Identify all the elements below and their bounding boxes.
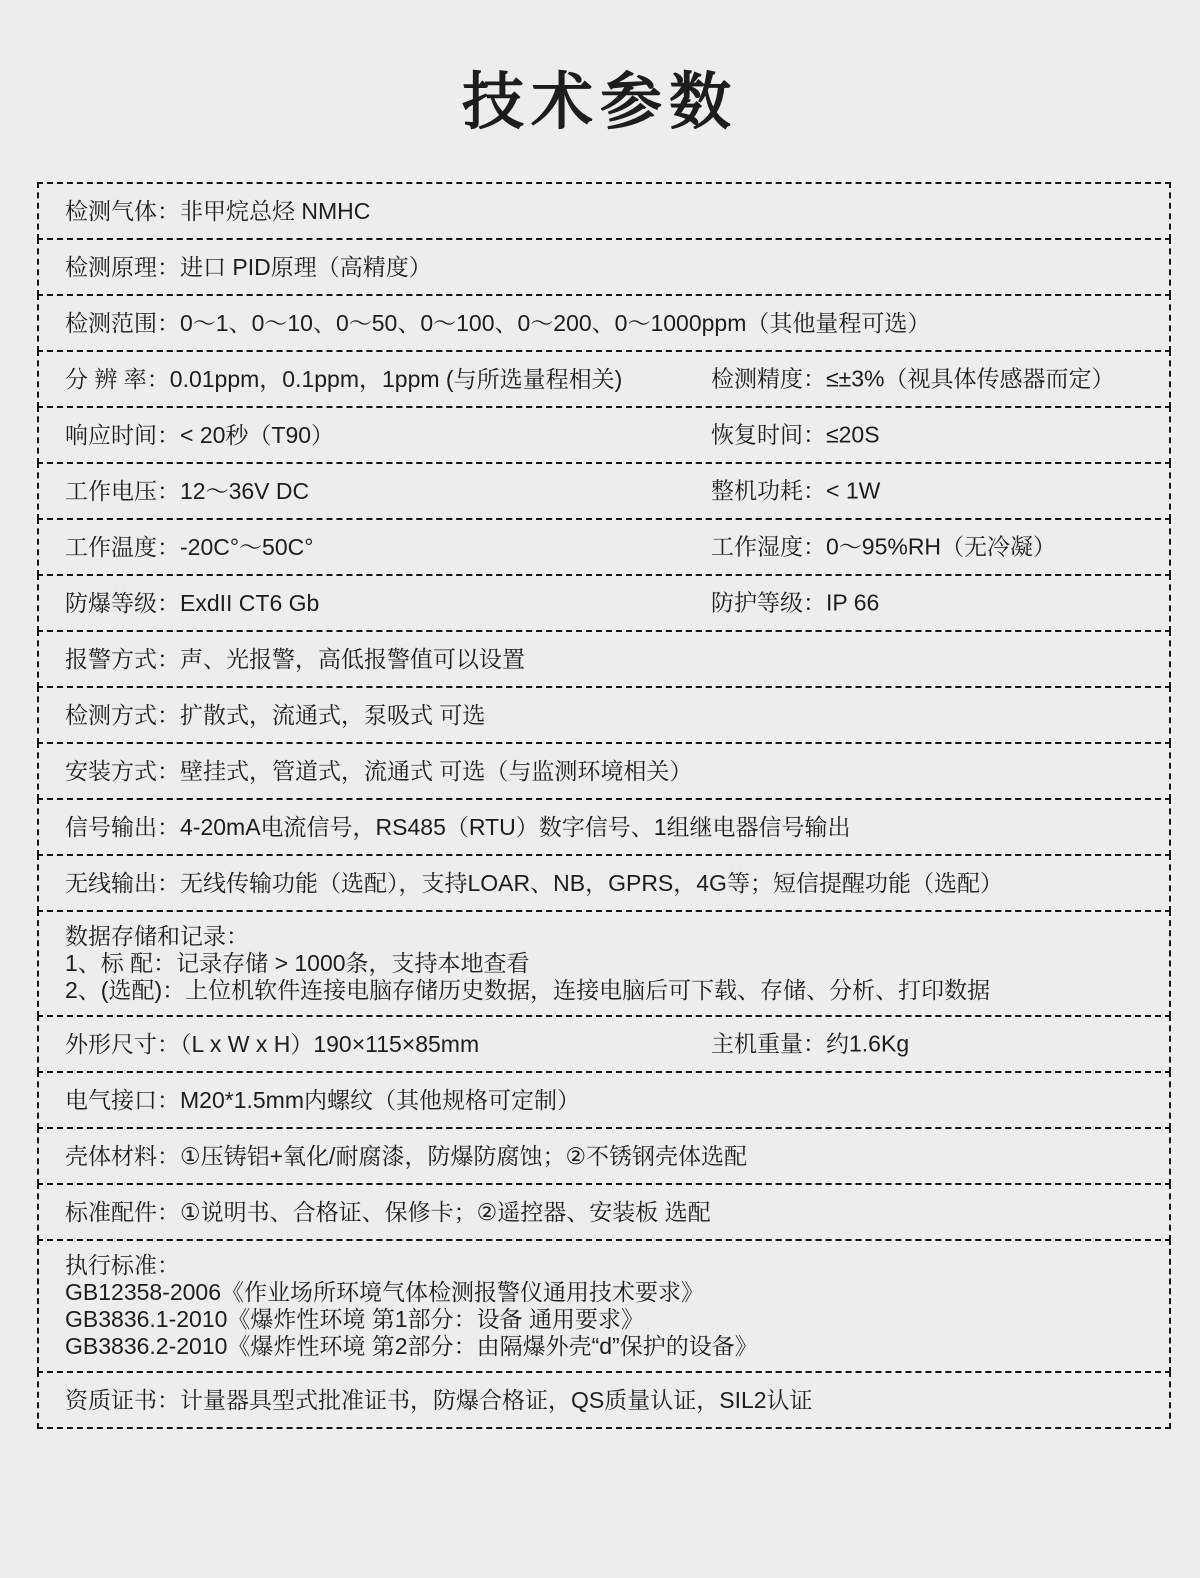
spec-text-right: 检测精度：≤±3%（视具体传感器而定） (711, 366, 1115, 393)
spec-text-right: 工作湿度：0～95%RH（无冷凝） (711, 534, 1056, 561)
spec-row-explosion-ip-rating: 防爆等级：ExdII CT6 Gb 防护等级：IP 66 (37, 574, 1171, 632)
spec-line: 执行标准： (65, 1252, 1151, 1279)
spec-row-qualification-certificates: 资质证书：计量器具型式批准证书，防爆合格证，QS质量认证，SIL2认证 (37, 1371, 1171, 1429)
spec-row-dimensions-weight: 外形尺寸：（L x W x H）190×115×85mm 主机重量：约1.6Kg (37, 1015, 1171, 1073)
spec-row-housing-material: 壳体材料：①压铸铝+氧化/耐腐漆，防爆防腐蚀；②不锈钢壳体选配 (37, 1127, 1171, 1185)
page-title: 技术参数 (0, 0, 1200, 134)
spec-row-installation-mode: 安装方式：壁挂式，管道式，流通式 可选（与监测环境相关） (37, 742, 1171, 800)
spec-row-signal-output: 信号输出：4-20mA电流信号，RS485（RTU）数字信号、1组继电器信号输出 (37, 798, 1171, 856)
spec-text: 信号输出：4-20mA电流信号，RS485（RTU）数字信号、1组继电器信号输出 (65, 814, 851, 841)
spec-row-data-storage: 数据存储和记录： 1、标 配：记录存储 > 1000条，支持本地查看 2、(选配… (37, 910, 1171, 1017)
spec-text: 检测方式：扩散式，流通式，泵吸式 可选 (65, 702, 485, 729)
spec-row-wireless-output: 无线输出：无线传输功能（选配），支持LOAR、NB，GPRS，4G等；短信提醒功… (37, 854, 1171, 912)
spec-text: 资质证书：计量器具型式批准证书，防爆合格证，QS质量认证，SIL2认证 (65, 1387, 813, 1414)
spec-row-detection-range: 检测范围：0～1、0～10、0～50、0～100、0～200、0～1000ppm… (37, 294, 1171, 352)
spec-text-left: 外形尺寸：（L x W x H）190×115×85mm (65, 1031, 479, 1058)
spec-text-right: 整机功耗：< 1W (711, 478, 880, 505)
spec-row-executive-standards: 执行标准： GB12358-2006《作业场所环境气体检测报警仪通用技术要求》 … (37, 1239, 1171, 1373)
spec-row-electrical-interface: 电气接口：M20*1.5mm内螺纹（其他规格可定制） (37, 1071, 1171, 1129)
spec-line: GB3836.1-2010《爆炸性环境 第1部分：设备 通用要求》 (65, 1306, 1151, 1333)
spec-row-detection-mode: 检测方式：扩散式，流通式，泵吸式 可选 (37, 686, 1171, 744)
spec-row-voltage-power: 工作电压：12～36V DC 整机功耗：< 1W (37, 462, 1171, 520)
spec-line: GB3836.2-2010《爆炸性环境 第2部分：由隔爆外壳“d”保护的设备》 (65, 1333, 1151, 1360)
spec-row-resolution-accuracy: 分 辨 率：0.01ppm，0.1ppm，1ppm (与所选量程相关) 检测精度… (37, 350, 1171, 408)
spec-row-temperature-humidity: 工作温度：-20C°～50C° 工作湿度：0～95%RH（无冷凝） (37, 518, 1171, 576)
spec-row-alarm-mode: 报警方式：声、光报警，高低报警值可以设置 (37, 630, 1171, 688)
spec-line: 2、(选配)：上位机软件连接电脑存储历史数据，连接电脑后可下载、存储、分析、打印… (65, 977, 1151, 1004)
spec-row-response-recovery: 响应时间：< 20秒（T90） 恢复时间：≤20S (37, 406, 1171, 464)
spec-text: 检测原理：进口 PID原理（高精度） (65, 254, 432, 281)
spec-text-right: 防护等级：IP 66 (711, 590, 879, 617)
spec-text-left: 分 辨 率：0.01ppm，0.1ppm，1ppm (与所选量程相关) (65, 366, 622, 393)
spec-text: 安装方式：壁挂式，管道式，流通式 可选（与监测环境相关） (65, 758, 692, 785)
spec-text: 报警方式：声、光报警，高低报警值可以设置 (65, 646, 525, 673)
spec-text-left: 防爆等级：ExdII CT6 Gb (65, 590, 319, 617)
spec-text-left: 工作电压：12～36V DC (65, 478, 309, 505)
spec-row-detection-principle: 检测原理：进口 PID原理（高精度） (37, 238, 1171, 296)
spec-text-left: 工作温度：-20C°～50C° (65, 534, 313, 561)
spec-row-detected-gas: 检测气体：非甲烷总烃 NMHC (37, 182, 1171, 240)
spec-text-right: 恢复时间：≤20S (711, 422, 880, 449)
spec-line: 1、标 配：记录存储 > 1000条，支持本地查看 (65, 950, 1151, 977)
spec-line: 数据存储和记录： (65, 923, 1151, 950)
spec-table: 检测气体：非甲烷总烃 NMHC 检测原理：进口 PID原理（高精度） 检测范围：… (37, 182, 1171, 1429)
spec-text: 标准配件：①说明书、合格证、保修卡；②遥控器、安装板 选配 (65, 1199, 711, 1226)
spec-text-right: 主机重量：约1.6Kg (711, 1031, 909, 1058)
spec-line: GB12358-2006《作业场所环境气体检测报警仪通用技术要求》 (65, 1279, 1151, 1306)
spec-text: 壳体材料：①压铸铝+氧化/耐腐漆，防爆防腐蚀；②不锈钢壳体选配 (65, 1143, 747, 1170)
spec-text: 无线输出：无线传输功能（选配），支持LOAR、NB，GPRS，4G等；短信提醒功… (65, 870, 1003, 897)
spec-row-standard-accessories: 标准配件：①说明书、合格证、保修卡；②遥控器、安装板 选配 (37, 1183, 1171, 1241)
spec-text: 检测气体：非甲烷总烃 NMHC (65, 198, 370, 225)
spec-text-left: 响应时间：< 20秒（T90） (65, 422, 334, 449)
spec-text: 检测范围：0～1、0～10、0～50、0～100、0～200、0～1000ppm… (65, 310, 930, 337)
spec-text: 电气接口：M20*1.5mm内螺纹（其他规格可定制） (65, 1087, 580, 1114)
